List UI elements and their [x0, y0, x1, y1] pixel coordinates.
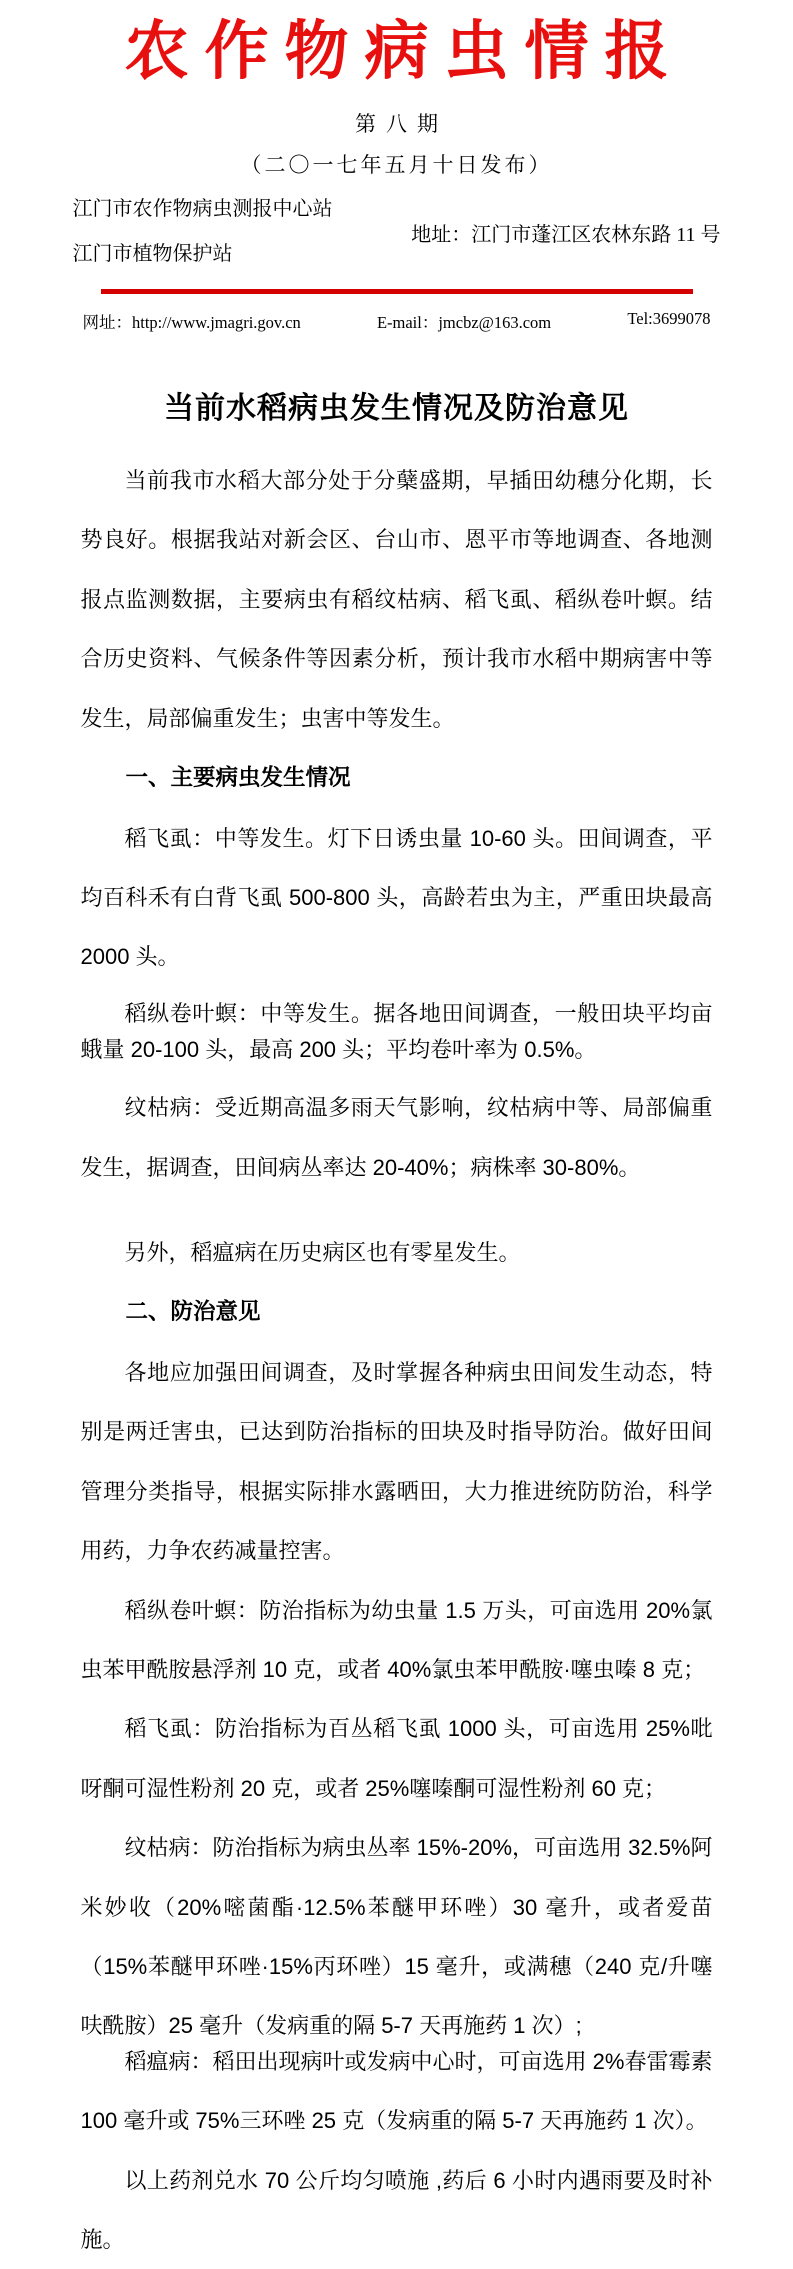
telephone: Tel:3699078 [627, 309, 710, 333]
paragraph-sheathblight-control: 纹枯病：防治指标为病虫丛率 15%-20%，可亩选用 32.5%阿米妙收（20%… [81, 1818, 713, 2056]
org-address: 地址：江门市蓬江区农林东路 11 号 [411, 218, 720, 247]
publish-date: （二〇一七年五月十日发布） [0, 149, 793, 179]
org-address-row: 江门市农作物病虫测报中心站 江门市植物保护站 地址：江门市蓬江区农林东路 11 … [73, 187, 721, 277]
issue-number: 第八期 [0, 108, 793, 138]
document-page: 农作物病虫情报 第八期 （二〇一七年五月十日发布） 江门市农作物病虫测报中心站 … [0, 0, 793, 2269]
paragraph-spray-instructions: 以上药剂兑水 70 公斤均匀喷施 ,药后 6 小时内遇雨要及时补施。 [81, 2151, 713, 2269]
website-url: 网址：http://www.jmagri.gov.cn [83, 309, 301, 333]
email-address: E-mail：jmcbz@163.com [377, 309, 551, 333]
paragraph-leaffolder-status: 稻纵卷叶螟：中等发生。据各地田间调查，一般田块平均亩蛾量 20-100 头，最高… [81, 996, 713, 1067]
article-body: 当前我市水稻大部分处于分蘖盛期，早插田幼穗分化期，长势良好。根据我站对新会区、台… [81, 451, 713, 2269]
section-heading-occurrence: 一、主要病虫发生情况 [81, 748, 713, 809]
paragraph-blast-control: 稻瘟病：稻田出现病叶或发病中心时，可亩选用 2%春雷霉素 100 毫升或 75%… [81, 2032, 713, 2151]
org-line-2: 江门市植物保护站 [73, 232, 333, 277]
section-heading-control: 二、防治意见 [81, 1282, 713, 1343]
issuing-orgs: 江门市农作物病虫测报中心站 江门市植物保护站 [73, 187, 333, 277]
paragraph-leaffolder-control: 稻纵卷叶螟：防治指标为幼虫量 1.5 万头，可亩选用 20%氯虫苯甲酰胺悬浮剂 … [81, 1581, 713, 1700]
article-title: 当前水稻病虫发生情况及防治意见 [0, 383, 793, 427]
paragraph-blast-status: 另外，稻瘟病在历史病区也有零星发生。 [81, 1223, 713, 1282]
paragraph-planthopper-control: 稻飞虱：防治指标为百丛稻飞虱 1000 头，可亩选用 25%吡呀酮可湿性粉剂 2… [81, 1699, 713, 1818]
paragraph-sheathblight-status: 纹枯病：受近期高温多雨天气影响，纹枯病中等、局部偏重发生，据调查，田间病丛率达 … [81, 1078, 713, 1197]
paragraph-intro: 当前我市水稻大部分处于分蘖盛期，早插田幼穗分化期，长势良好。根据我站对新会区、台… [81, 451, 713, 748]
org-line-1: 江门市农作物病虫测报中心站 [73, 187, 333, 232]
red-divider [101, 289, 693, 294]
paragraph-planthopper-status: 稻飞虱：中等发生。灯下日诱虫量 10-60 头。田间调查，平均百科禾有白背飞虱 … [81, 809, 713, 987]
masthead-title: 农作物病虫情报 [0, 12, 793, 92]
paragraph-control-general: 各地应加强田间调查，及时掌握各种病虫田间发生动态，特别是两迁害虫，已达到防治指标… [81, 1343, 713, 1581]
contact-row: 网址：http://www.jmagri.gov.cn E-mail：jmcbz… [83, 309, 711, 333]
